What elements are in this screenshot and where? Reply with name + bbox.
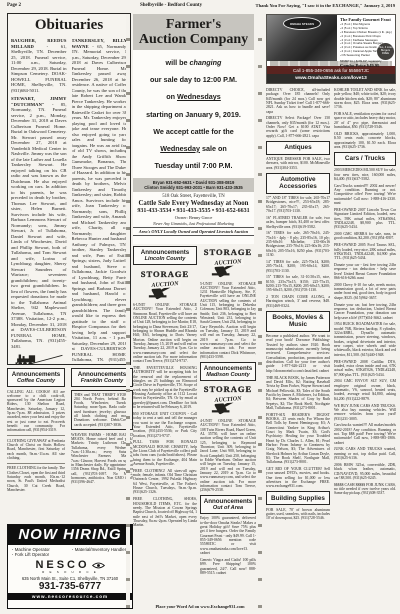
omaha-url: www.OmahaSteaks.com/love13 xyxy=(267,74,395,83)
omaha-steaks-logo: OMAHA STEAKS xyxy=(283,17,321,30)
section-header-coffee-county: Announcements Coffee County xyxy=(7,368,65,387)
classified-ad: PRE-OWNED 2005 Ford Taurus SEL, fully lo… xyxy=(334,243,396,260)
nesco-address: 635 North Main St., Suite C1, Shelbyvill… xyxy=(8,576,132,581)
classified-ad: 2006 BMW 325xi, convertible, 2DR, black … xyxy=(334,463,396,480)
column-registration-marks xyxy=(258,14,262,608)
food-photo: OMAHA STEAKS xyxy=(267,15,337,61)
farmers-owner: Owner: Benny Groce xyxy=(133,215,254,220)
farmers-phones: 931-433-3534 • 931-433-3535 • 931-652-66… xyxy=(133,208,254,214)
word-ad-footer-note: Place your Word Ad on www.Exchange931.co… xyxy=(120,604,280,609)
classified-ad: ANTIQUE DRESSER FOR SALE, two dressers, … xyxy=(266,157,330,170)
announcements-column-c: STORAGE AUCTION 5-UNIT ONLINE STORAGE AU… xyxy=(200,246,256,614)
obituary-entry: BAUGHER, REEDUS MILLARD - 61, Shelbyvill… xyxy=(11,38,67,93)
farmers-ad-line: Tuesday until 7:00 P.M. xyxy=(133,161,254,170)
classified-ad: 17" AND 18" TIRES for sale, 265-70x17 Br… xyxy=(266,196,330,213)
classified-ad: 1954 BUICK ROADMASTER for sale, model 76… xyxy=(334,322,396,357)
classified-ad: THE FAYETTEVILLE HOUSING AUTHORITY will … xyxy=(133,366,197,409)
farmers-auction-ad: Farmer's Auction Company will be changin… xyxy=(133,14,254,244)
classified-ad: PULL TABS FOR RONALD MCDONALD HOUSE CHAR… xyxy=(133,440,197,466)
section-header-cars-trucks: Cars / Trucks xyxy=(334,152,396,166)
classified-ad: PRE-OWNED 2008 Cadillac DTS, loaded, ext… xyxy=(334,360,396,377)
nesco-phone: 931-735-6777 xyxy=(8,581,132,592)
job-bullets: Machine OperatorFork Lift Operator Mater… xyxy=(8,545,132,559)
classified-ad: Enjoy 100% guaranteed, delivered to-the-… xyxy=(200,516,256,555)
classified-ad: WEAVER FARMS - HOME RAISED MEATS. Home r… xyxy=(71,433,133,485)
farmers-ad-line: starting on January 9, 2019. xyxy=(133,110,254,119)
storage-auction-graphic: STORAGE AUCTION xyxy=(200,383,256,416)
classified-ad: Donate your car - fast free towing 24hr … xyxy=(334,263,396,280)
masthead-slogan: Thank You For Saying, "I saw it in the E… xyxy=(256,3,396,8)
nesco-resource-label: R E S O U R C E xyxy=(8,570,132,574)
farmers-ad-line: We accept cattle for the xyxy=(133,127,254,136)
section-header-lincoln-county: Announcements Lincoln County xyxy=(133,246,197,265)
classified-ad: 2000 Chevy S-10 for sale, needs motor, t… xyxy=(334,283,396,300)
classified-ad: FORTY-SIX READER'S DIGEST BOOKS, .25 cen… xyxy=(266,413,330,465)
obituaries-column-1: BAUGHER, REEDUS MILLARD - 61, Shelbyvill… xyxy=(11,38,67,365)
classified-ad: OLD BRICKS, approximately 1,000, $.50 ce… xyxy=(334,132,396,149)
job-item: Fork Lift Operator xyxy=(12,552,68,557)
classified-ad: 6-UNIT ONLINE STORAGE AUCTION!! Your Ext… xyxy=(133,303,197,364)
announcements-lincoln-county: Announcements Lincoln County STORAGE AUC… xyxy=(133,246,197,614)
classified-ad: $$$$$ CASH $$$$$ FOR JUNK CARS, no title… xyxy=(334,483,396,496)
section-header-madison-county: Announcements Madison County xyxy=(200,362,256,381)
classified-ad: WE BUY JUNK CARS AND TRUCKS. We also buy… xyxy=(334,404,396,421)
farmers-ad-title: Farmer's Auction Company xyxy=(133,14,254,50)
obituaries-title: Obituaries xyxy=(11,17,127,34)
now-hiring-banner: NOW HIRING xyxy=(8,525,132,545)
classified-ad: FREE CLOTHING, SHOES, HOUSEHOLD ITEMS, E… xyxy=(133,497,197,527)
column-registration-marks xyxy=(126,14,130,608)
classified-ad: DIRECTV Select Package! Over 150 channel… xyxy=(266,116,330,138)
farmers-sale-line: Cattle Sale Every Wednesday at Noon xyxy=(133,200,254,207)
classified-column-d: DIRECTV CHOICE, all-included package. Ov… xyxy=(266,88,330,612)
farmers-contact-band: Bryan 931-652-6631 • David 931-308-0819 … xyxy=(133,178,254,192)
classified-ad: Donate your car, fast free towing, 24hr … xyxy=(334,303,396,320)
classified-ad: DIRECTV CHOICE, all-included package. Ov… xyxy=(266,88,330,114)
funeral-home-logo: Daves=Culbertson Funeral Home xyxy=(11,352,67,365)
announcements-coffee-county: Announcements Coffee County CALLING ALL … xyxy=(7,368,65,520)
classified-ad: FOR SALE, ventilation system for crawl s… xyxy=(334,112,396,129)
section-header-franklin-county: Announcements Franklin County xyxy=(71,368,133,387)
obituary-entry: STEWART, JIMMY "DUTCHMAN" - 85, Normandy… xyxy=(11,96,67,349)
classified-ad: 2003 MERCEDES ML500 SUV for sale, four n… xyxy=(334,168,396,181)
classified-ad: $50 STORAGE UNIT COUPON - Call today to … xyxy=(133,412,197,438)
storage-auction-graphic: STORAGE AUCTION xyxy=(200,246,256,279)
region-label: Shelbyville - Bedford County xyxy=(140,3,202,8)
classified-ad: GET RID OF YOUR CLUTTER! Sell your unuse… xyxy=(266,467,330,489)
storage-auction-graphic: STORAGE AUCTION xyxy=(133,268,197,301)
classified-ad: PRE-OWNED 2007 Lincoln Town Car Signatur… xyxy=(334,208,396,230)
classified-ad: FOR SALE, 70' of brown aluminum gutter, … xyxy=(266,508,330,521)
train-icon xyxy=(14,352,64,365)
obituaries-section: Obituaries BAUGHER, REEDUS MILLARD - 61,… xyxy=(7,13,131,365)
classified-ad: THE BLACK BOOK, by James Patterson and D… xyxy=(266,376,330,411)
classified-ad: 15" TIRES for sale, 31-10.50x15, nice, $… xyxy=(266,275,330,292)
omaha-steaks-ad: OMAHA STEAKS The Family Gourmet Feast 2 … xyxy=(266,14,396,84)
announcements-franklin-county: Announcements Franklin County THIS and T… xyxy=(71,368,133,520)
masthead: Page 2 Shelbyville - Bedford County Than… xyxy=(0,2,400,13)
classified-ad: 14" TIRES for sale, 225-70x14, $200; 205… xyxy=(266,260,330,273)
section-header-antiques: Antiques xyxy=(266,141,330,155)
classified-column-e: KOHLER TOILET AND SINK for sale, pale ye… xyxy=(334,88,396,612)
page-number: Page 2 xyxy=(7,3,21,8)
classified-ad: 2000 GMC SIERRA for sale, runs, in good … xyxy=(334,232,396,241)
farmers-ad-line: Wednesday sale on xyxy=(133,144,254,153)
classified-ad: CALLING ALL COOKS! All are welcome to a … xyxy=(7,390,65,437)
classified-ad: Cars/trucks wanted!!! All makes/models 2… xyxy=(334,423,396,445)
classified-ad: FREE CLOTHING for the family. The Clothe… xyxy=(7,466,65,494)
boxed-classified-ad: THIS and THAT THRIFT STORE, 204 North Po… xyxy=(71,390,133,431)
newspaper-page: Page 2 Shelbyville - Bedford County Than… xyxy=(0,0,400,614)
classified-ad: 2004 GMC ENVOY SLT SUV, GM employee orig… xyxy=(334,379,396,401)
classified-ad: Become a published author. We want to re… xyxy=(266,334,330,373)
farmers-tagline: Never Any Gimmicks, Just Professional Ma… xyxy=(133,221,254,226)
job-item: Material/Inventory Handler xyxy=(72,547,128,552)
classified-ad: CLOTHING GIVEAWAY at Fredonia Church of … xyxy=(7,439,65,464)
classified-ad: FREE CLOTHING! All sizes-all ages: male,… xyxy=(133,469,197,495)
section-header-building-supplies: Building Supplies xyxy=(266,491,330,505)
section-header-automotive-accessories: Automotive Accessories xyxy=(266,173,330,194)
classified-ad: 2 TON CHAIN COME ALONG, a Harrington win… xyxy=(266,295,330,308)
farmers-ad-line: our sale day to 12:00 P.M. xyxy=(133,75,254,84)
classified-ad: Cars/Trucks wanted!!! 2002 and newer! An… xyxy=(334,184,396,206)
now-hiring-ad: NOW HIRING Machine OperatorFork Lift Ope… xyxy=(7,524,133,609)
obituaries-column-2: TANKERSLEY, BILLY WAYNE - 65, Normandy, … xyxy=(72,38,128,365)
section-header-out-of-area: Announcements Out of Area xyxy=(200,495,256,514)
farmers-address: 518 Oak Street, Fayetteville, TN xyxy=(133,194,254,199)
classified-ad: Generic Viagra and Cialis! 100 pills $99… xyxy=(200,558,256,575)
classified-ad: 16" TIRES for sale, 265-70x16, 245-75x16… xyxy=(266,231,330,257)
classified-ad: JUNK CARS AND TRUCKS wanted, running or … xyxy=(334,447,396,460)
nesco-website: www.nescoresource.com xyxy=(8,593,132,600)
classified-ad: KOHLER TOILET AND SINK for sale, pale ye… xyxy=(334,88,396,110)
obituary-entry: TANKERSLEY, BILLY WAYNE - 65, Normandy, … xyxy=(72,38,128,365)
omaha-price-line: Combo Price $49.99 xyxy=(340,63,393,68)
classified-ad: 5-UNIT ONLINE STORAGE AUCTION!! Your Ext… xyxy=(200,282,256,360)
farmers-area-line: Area's ONLY Locally Owned and Operated L… xyxy=(133,227,254,236)
eye-icon xyxy=(92,562,105,569)
farmers-ad-line: on Wednesdays xyxy=(133,92,254,101)
section-header-books-movies-music: Books, Movies & Music xyxy=(266,311,330,332)
omaha-free-burgers-badge: Plus, 4 more Burgers FREE xyxy=(377,43,394,60)
farmers-ad-line: will be changing xyxy=(133,58,254,67)
classified-ad: 4-UNIT ONLINE STORAGE AUCTION!! Your Ext… xyxy=(200,419,256,493)
classified-ad: 16" FLATBED TRAILER for sale, two axles,… xyxy=(266,216,330,229)
